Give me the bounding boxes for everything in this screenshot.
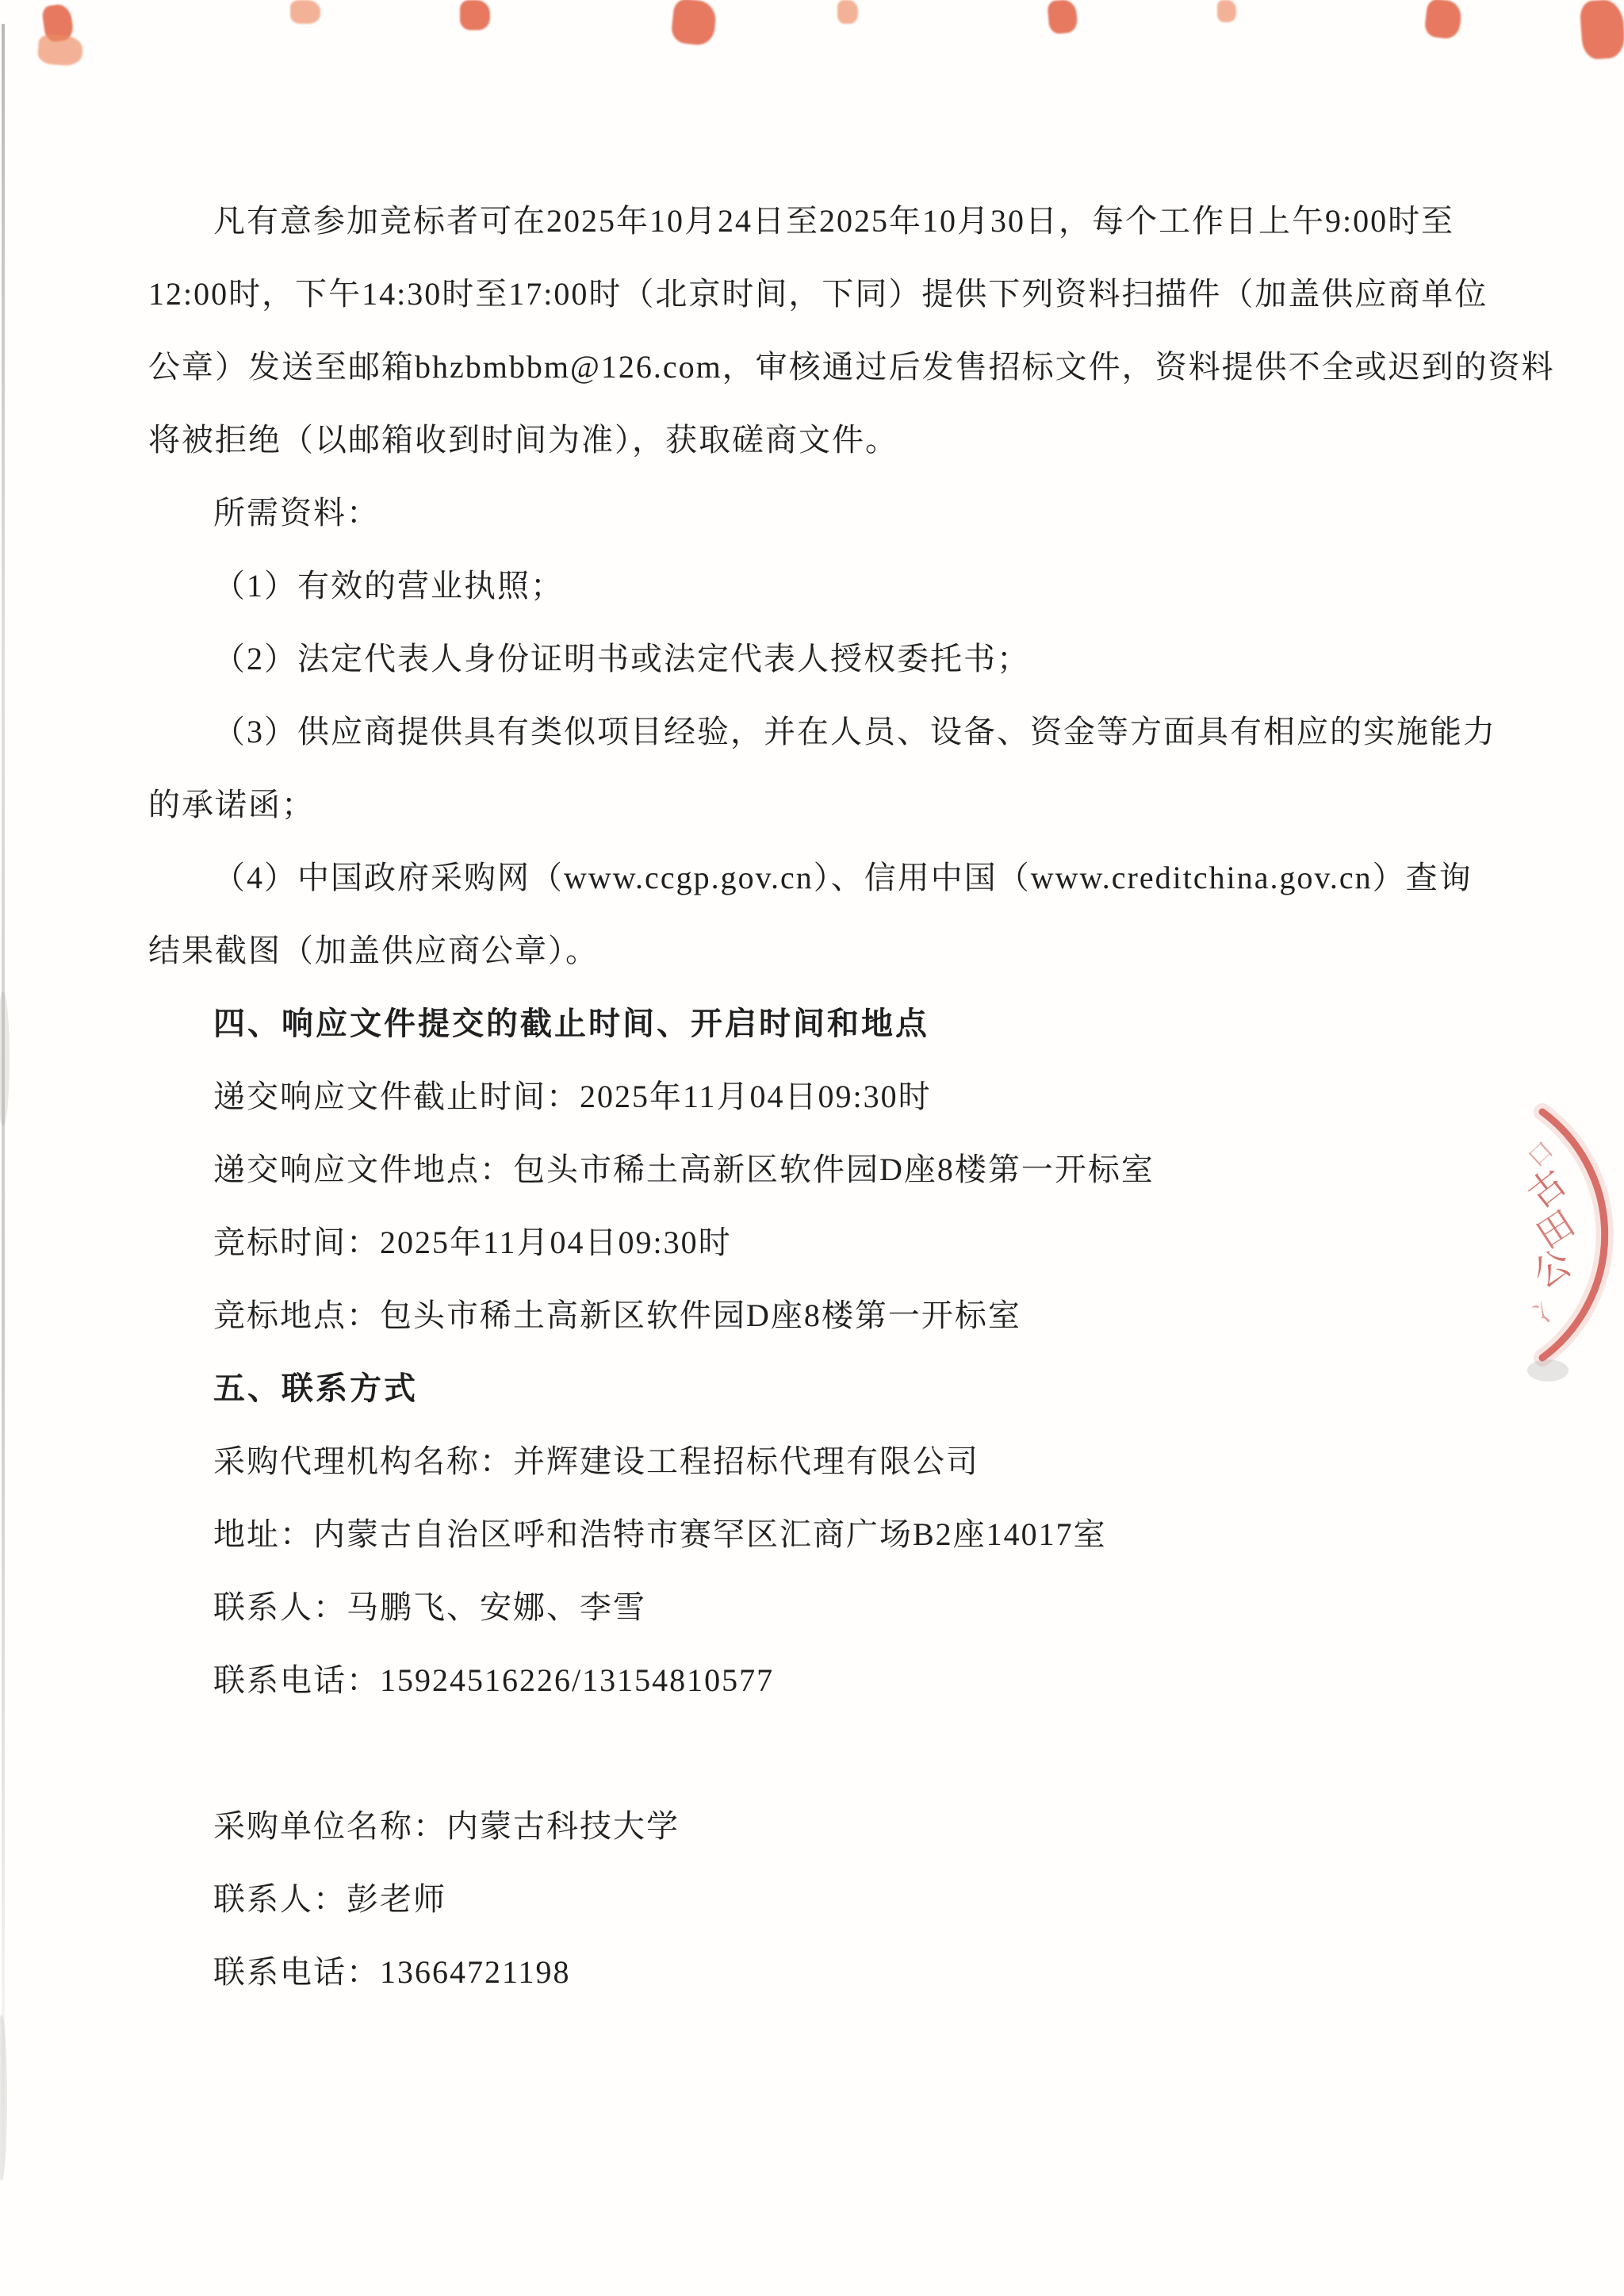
red-artifact <box>1423 0 1463 40</box>
document-line: 所需资料： <box>148 477 1515 550</box>
red-artifact <box>1579 0 1624 60</box>
document-line: 12:00时，下午14:30时至17:00时（北京时间，下同）提供下列资料扫描件… <box>148 258 1515 331</box>
document-line: 采购单位名称：内蒙古科技大学 <box>148 1790 1515 1863</box>
document-line: 联系电话：15924516226/13154810577 <box>148 1644 1515 1717</box>
scan-smudge <box>0 2014 7 2181</box>
document-line: 联系电话：13664721198 <box>148 1936 1515 2009</box>
red-artifact <box>837 0 858 24</box>
document-line: 竞标时间：2025年11月04日09:30时 <box>148 1206 1515 1279</box>
document-line: 公章）发送至邮箱bhzbmbbm@126.com，审核通过后发售招标文件，资料提… <box>148 331 1515 404</box>
red-seal: 口 古 田 公 冫 <box>1348 1079 1624 1396</box>
document-line: 四、响应文件提交的截止时间、开启时间和地点 <box>148 987 1515 1060</box>
document-line: 采购代理机构名称：并辉建设工程招标代理有限公司 <box>148 1425 1515 1498</box>
red-artifact <box>37 33 84 67</box>
document-line: 递交响应文件截止时间：2025年11月04日09:30时 <box>148 1060 1515 1133</box>
document-line: 联系人：马鹏飞、安娜、李雪 <box>148 1571 1515 1644</box>
red-artifact <box>1047 0 1078 34</box>
document-line: （4）中国政府采购网（www.ccgp.gov.cn）、信用中国（www.cre… <box>148 841 1515 914</box>
seal-character: 古 <box>1520 1162 1574 1217</box>
document-line: 将被拒绝（以邮箱收到时间为准），获取磋商文件。 <box>148 404 1515 477</box>
document-line: 结果截图（加盖供应商公章）。 <box>148 914 1515 987</box>
document-line: 地址：内蒙古自治区呼和浩特市赛罕区汇商广场B2座14017室 <box>148 1498 1515 1571</box>
document-line: （3）供应商提供具有类似项目经验，并在人员、设备、资金等方面具有相应的实施能力 <box>148 696 1515 769</box>
red-artifact <box>290 0 320 24</box>
document-line: （2）法定代表人身份证明书或法定代表人授权委托书； <box>148 623 1515 696</box>
red-artifact <box>460 0 490 30</box>
seal-character: 公 <box>1526 1242 1578 1295</box>
document-line: 凡有意参加竞标者可在2025年10月24日至2025年10月30日，每个工作日上… <box>148 185 1515 258</box>
scanned-document-page: 凡有意参加竞标者可在2025年10月24日至2025年10月30日，每个工作日上… <box>0 0 1624 2296</box>
document-line: 递交响应文件地点：包头市稀土高新区软件园D座8楼第一开标室 <box>148 1133 1515 1206</box>
document-line: （1）有效的营业执照； <box>148 550 1515 623</box>
red-artifact <box>1217 0 1236 22</box>
seal-smudge <box>1527 1359 1568 1382</box>
document-line: 五、联系方式 <box>148 1352 1515 1425</box>
document-line: 的承诺函； <box>148 769 1515 841</box>
document-line: 竞标地点：包头市稀土高新区软件园D座8楼第一开标室 <box>148 1279 1515 1352</box>
seal-character: 冫 <box>1527 1290 1567 1329</box>
document-line <box>148 1717 1515 1790</box>
document-body: 凡有意参加竞标者可在2025年10月24日至2025年10月30日，每个工作日上… <box>148 185 1515 2009</box>
scan-smudge <box>0 991 10 1126</box>
red-artifact <box>670 0 718 47</box>
document-line: 联系人：彭老师 <box>148 1863 1515 1936</box>
